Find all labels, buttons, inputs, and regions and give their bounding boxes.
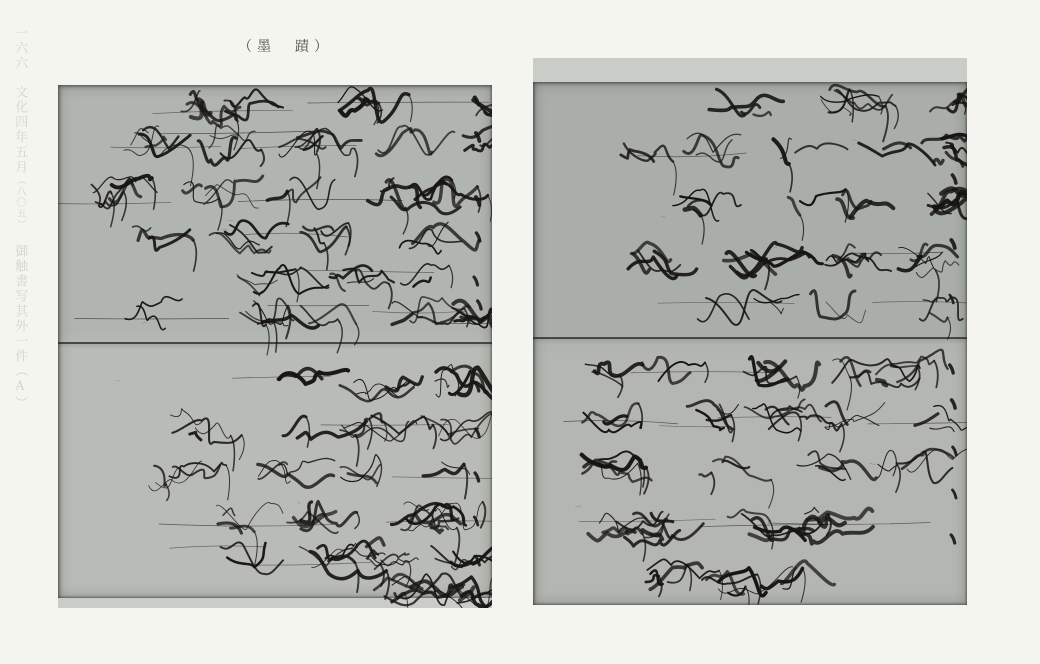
margin-archive-label: 一六六文化四年五月（八〇五）御触書写其外一件（A） xyxy=(12,26,26,586)
margin-doc-title: 御触書写其外一件 xyxy=(12,244,27,364)
margin-series-number: （八〇五） xyxy=(14,175,25,230)
margin-doc-number: 一六六 xyxy=(12,26,27,71)
plate-caption: （墨 蹟） xyxy=(238,36,333,56)
margin-doc-suffix: （A） xyxy=(12,364,27,411)
margin-doc-date: 文化四年五月 xyxy=(12,85,27,175)
manuscript-photo-right xyxy=(533,58,967,605)
calligraphy-canvas-right xyxy=(533,58,967,605)
book-page: { "page": { "background": "#f5f5f0", "ca… xyxy=(0,0,1040,664)
manuscript-photo-left xyxy=(58,85,492,608)
calligraphy-canvas-left xyxy=(58,85,492,608)
